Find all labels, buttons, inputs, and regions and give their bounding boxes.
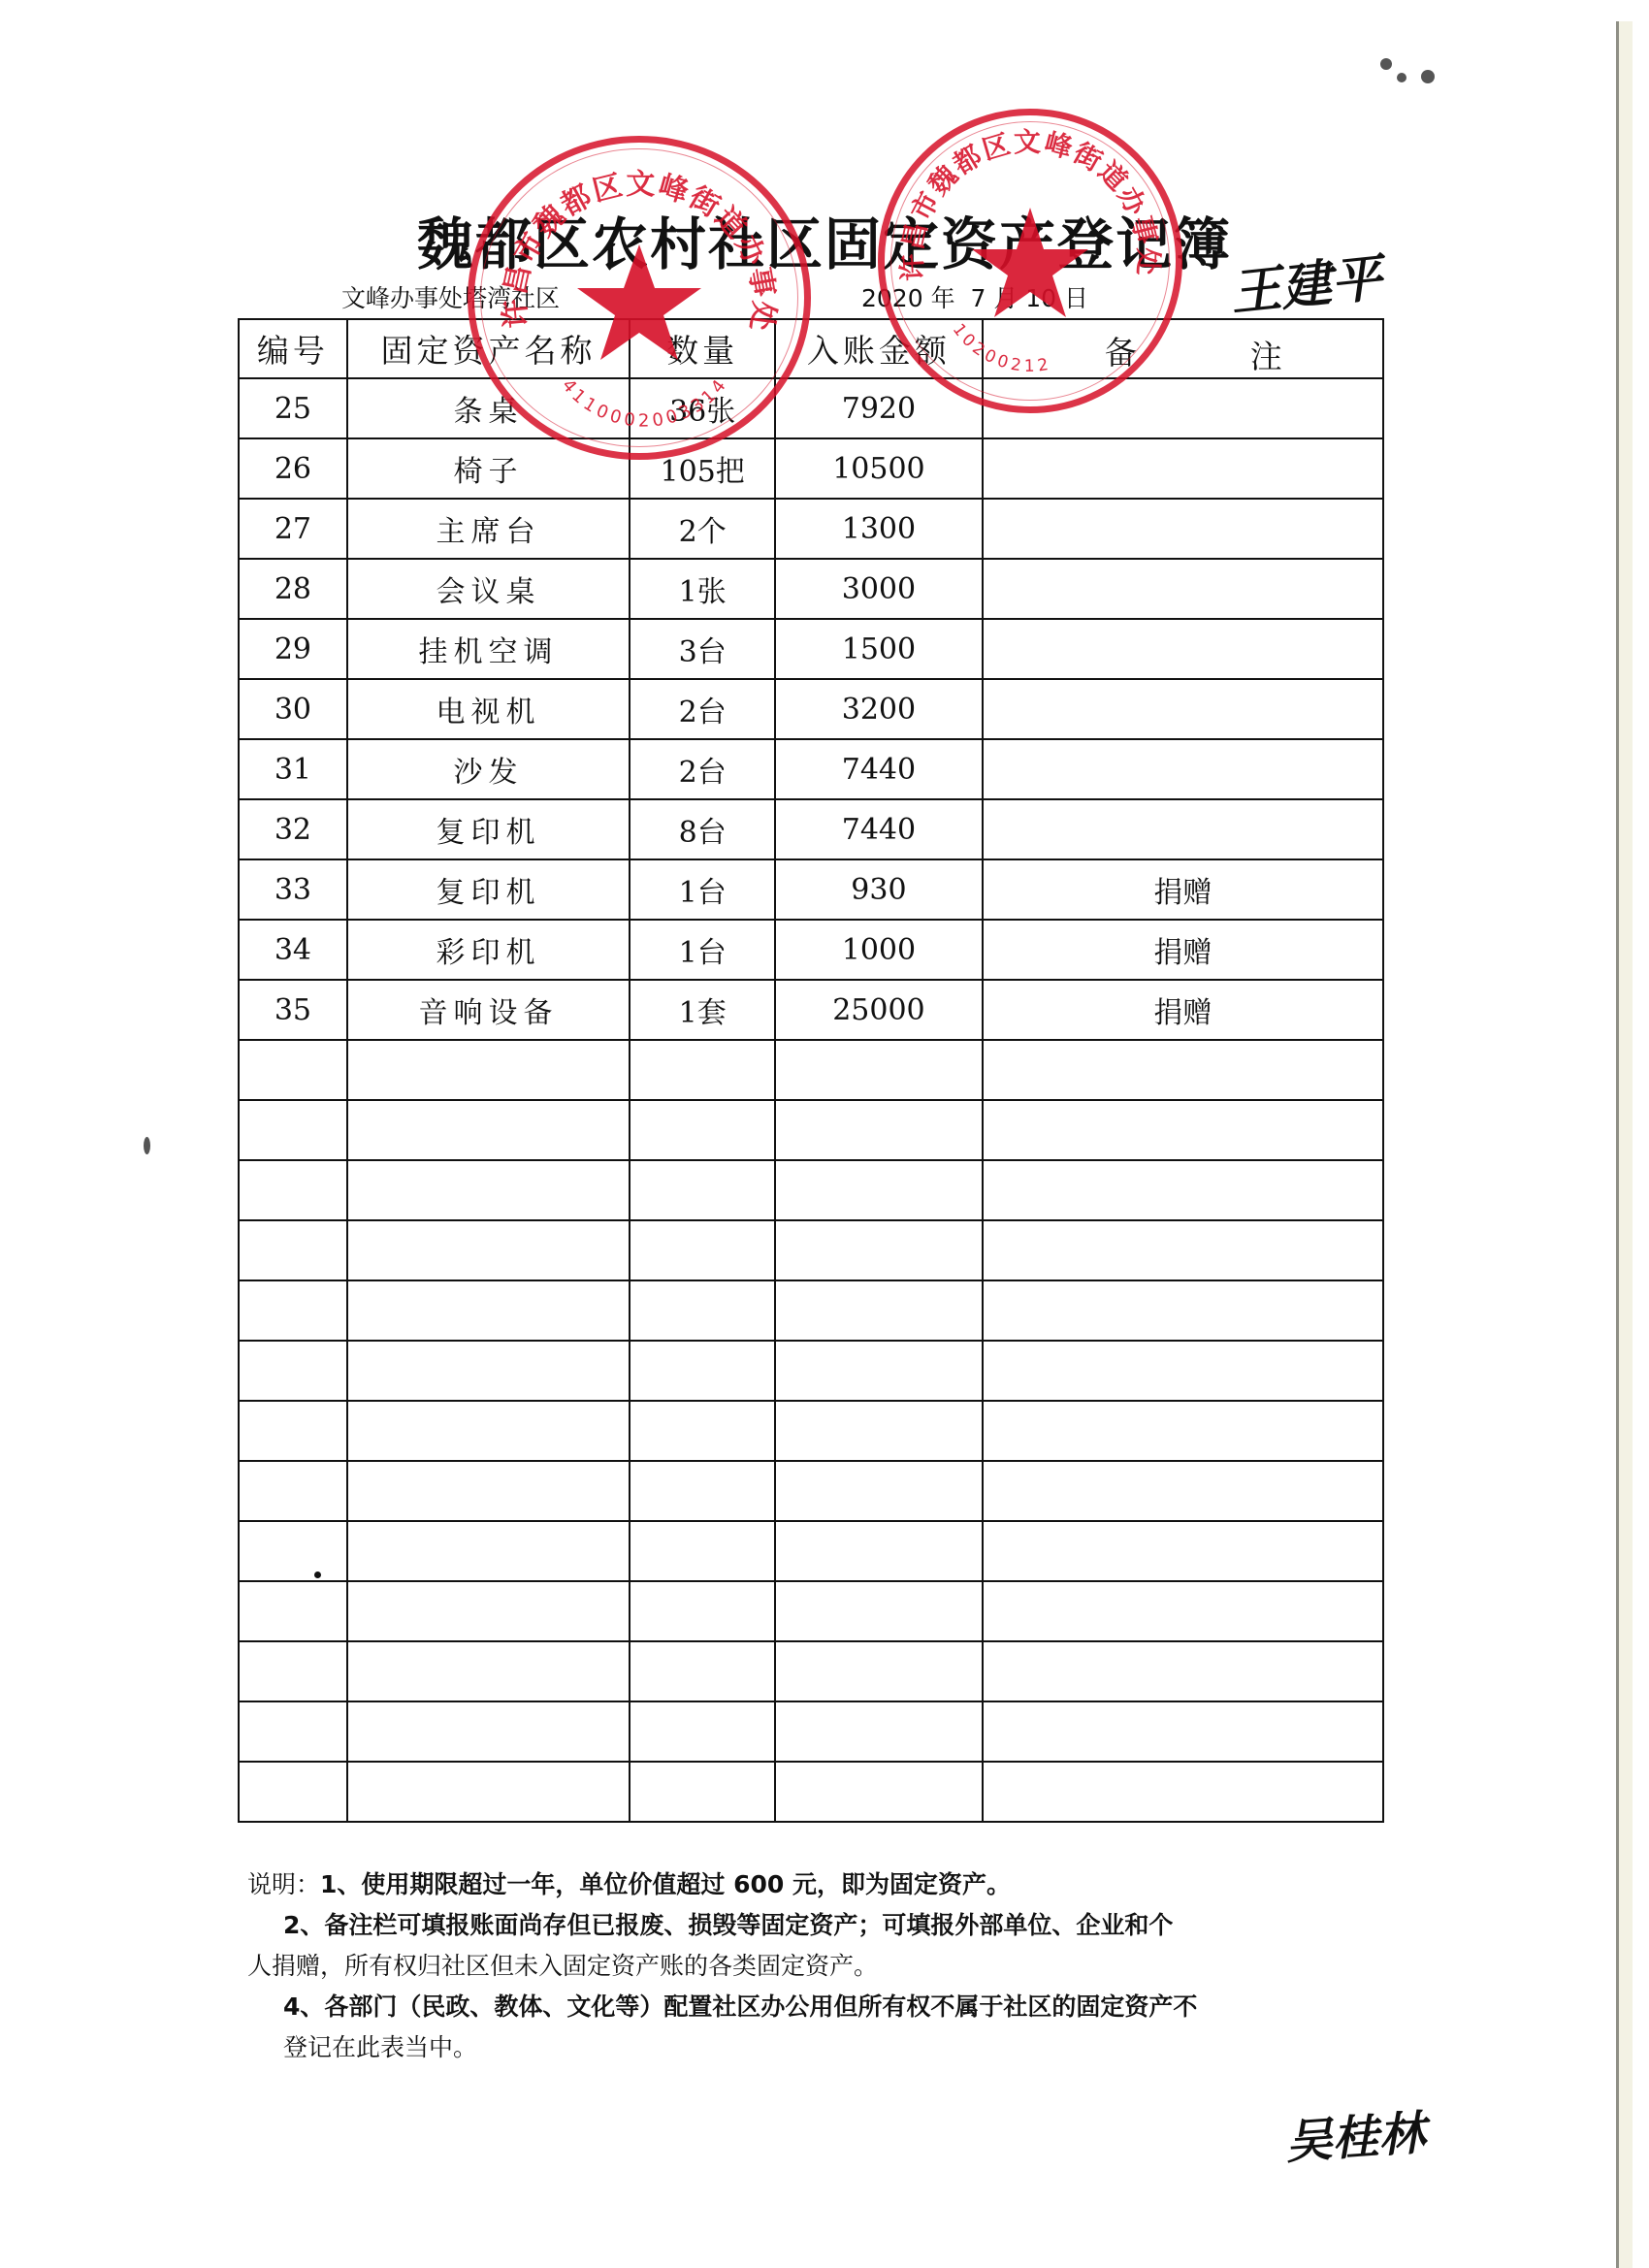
row-amount: 7440: [775, 739, 983, 799]
row-amount: 10500: [775, 438, 983, 499]
empty-cell: [630, 1762, 775, 1822]
row-remarks: 捐赠: [983, 859, 1383, 920]
empty-cell: [239, 1160, 347, 1220]
table-body: 25条桌36张792026椅子105把1050027主席台2个130028会议桌…: [239, 378, 1383, 1822]
note-4-line-1: 4、各部门（民政、教体、文化等）配置社区办公用但所有权不属于社区的固定资产不: [247, 1987, 1392, 2027]
empty-table-row: [239, 1521, 1383, 1581]
empty-cell: [775, 1040, 983, 1100]
header-remarks: 备 注: [983, 319, 1383, 378]
row-id: 29: [239, 619, 347, 679]
header-remarks-char-1: 备: [1105, 328, 1141, 373]
table-row: 28会议桌1张3000: [239, 559, 1383, 619]
table-row: 32复印机8台7440: [239, 799, 1383, 859]
row-remarks: [983, 438, 1383, 499]
empty-cell: [239, 1100, 347, 1160]
row-asset-name: 复印机: [347, 859, 630, 920]
row-amount: 1000: [775, 920, 983, 980]
row-id: 35: [239, 980, 347, 1040]
empty-table-row: [239, 1341, 1383, 1401]
scan-edge-line: [1616, 21, 1619, 2268]
empty-cell: [983, 1220, 1383, 1280]
empty-cell: [347, 1461, 630, 1521]
empty-cell: [775, 1641, 983, 1701]
row-id: 27: [239, 499, 347, 559]
row-quantity: 1张: [630, 559, 775, 619]
row-quantity: 1台: [630, 920, 775, 980]
empty-cell: [347, 1160, 630, 1220]
empty-table-row: [239, 1581, 1383, 1641]
note-1: 说明：1、使用期限超过一年，单位价值超过 600 元，即为固定资产。: [247, 1864, 1392, 1905]
row-id: 28: [239, 559, 347, 619]
table-row: 26椅子105把10500: [239, 438, 1383, 499]
row-id: 30: [239, 679, 347, 739]
empty-cell: [983, 1100, 1383, 1160]
empty-cell: [239, 1220, 347, 1280]
empty-cell: [775, 1220, 983, 1280]
table-row: 35音响设备1套25000捐赠: [239, 980, 1383, 1040]
empty-cell: [983, 1581, 1383, 1641]
empty-cell: [630, 1581, 775, 1641]
empty-cell: [983, 1160, 1383, 1220]
scan-speck: [1397, 73, 1406, 82]
table-row: 33复印机1台930捐赠: [239, 859, 1383, 920]
empty-cell: [630, 1701, 775, 1762]
empty-cell: [630, 1160, 775, 1220]
empty-cell: [347, 1040, 630, 1100]
empty-cell: [775, 1521, 983, 1581]
row-quantity: 3台: [630, 619, 775, 679]
empty-cell: [239, 1762, 347, 1822]
empty-cell: [239, 1341, 347, 1401]
note-2-line-1: 2、备注栏可填报账面尚存但已报废、损毁等固定资产；可填报外部单位、企业和个: [247, 1905, 1392, 1946]
row-asset-name: 音响设备: [347, 980, 630, 1040]
row-remarks: [983, 559, 1383, 619]
row-remarks: [983, 619, 1383, 679]
header-id: 编号: [239, 319, 347, 378]
empty-cell: [983, 1401, 1383, 1461]
row-remarks: 捐赠: [983, 920, 1383, 980]
empty-table-row: [239, 1040, 1383, 1100]
empty-cell: [775, 1280, 983, 1341]
row-amount: 3200: [775, 679, 983, 739]
empty-table-row: [239, 1401, 1383, 1461]
row-remarks: [983, 679, 1383, 739]
empty-table-row: [239, 1220, 1383, 1280]
empty-cell: [630, 1280, 775, 1341]
empty-cell: [983, 1280, 1383, 1341]
row-asset-name: 复印机: [347, 799, 630, 859]
empty-cell: [983, 1461, 1383, 1521]
empty-cell: [983, 1040, 1383, 1100]
empty-cell: [239, 1040, 347, 1100]
empty-cell: [775, 1401, 983, 1461]
empty-table-row: [239, 1100, 1383, 1160]
table-row: 31沙发2台7440: [239, 739, 1383, 799]
header-remarks-char-2: 注: [1250, 332, 1286, 377]
empty-cell: [347, 1280, 630, 1341]
empty-cell: [630, 1341, 775, 1401]
row-amount: 3000: [775, 559, 983, 619]
header-amount: 入账金额: [775, 319, 983, 378]
empty-cell: [983, 1701, 1383, 1762]
row-asset-name: 彩印机: [347, 920, 630, 980]
signature-top: 王建平: [1227, 237, 1385, 325]
empty-table-row: [239, 1280, 1383, 1341]
empty-table-row: [239, 1762, 1383, 1822]
header-quantity: 数量: [630, 319, 775, 378]
document-title: 魏都区农村社区固定资产登记簿: [398, 199, 1251, 280]
table-row: 29挂机空调3台1500: [239, 619, 1383, 679]
row-amount: 930: [775, 859, 983, 920]
row-remarks: [983, 499, 1383, 559]
empty-cell: [775, 1762, 983, 1822]
empty-cell: [630, 1641, 775, 1701]
document-date: 2020 年 7 月 10 日: [861, 279, 1088, 314]
empty-cell: [347, 1581, 630, 1641]
empty-cell: [630, 1401, 775, 1461]
empty-cell: [347, 1701, 630, 1762]
empty-cell: [983, 1762, 1383, 1822]
row-id: 25: [239, 378, 347, 438]
row-amount: 1300: [775, 499, 983, 559]
empty-table-row: [239, 1641, 1383, 1701]
row-amount: 1500: [775, 619, 983, 679]
empty-cell: [775, 1100, 983, 1160]
table-row: 27主席台2个1300: [239, 499, 1383, 559]
note-4-line-2: 登记在此表当中。: [247, 2027, 1392, 2068]
empty-cell: [347, 1220, 630, 1280]
table-header-row: 编号 固定资产名称 数量 入账金额 备 注: [239, 319, 1383, 378]
scan-speck: [1421, 70, 1435, 83]
row-asset-name: 挂机空调: [347, 619, 630, 679]
notes-section: 说明：1、使用期限超过一年，单位价值超过 600 元，即为固定资产。 2、备注栏…: [247, 1864, 1392, 2068]
scan-edge-shade: [1619, 21, 1633, 2268]
asset-ledger-table: 编号 固定资产名称 数量 入账金额 备 注 25条桌36张792026椅子105…: [238, 318, 1384, 1823]
row-remarks: [983, 378, 1383, 438]
row-quantity: 2台: [630, 679, 775, 739]
row-quantity: 2个: [630, 499, 775, 559]
empty-table-row: [239, 1461, 1383, 1521]
empty-cell: [347, 1100, 630, 1160]
row-quantity: 1套: [630, 980, 775, 1040]
empty-cell: [775, 1581, 983, 1641]
row-remarks: [983, 799, 1383, 859]
empty-cell: [347, 1401, 630, 1461]
empty-cell: [347, 1341, 630, 1401]
table-row: 30电视机2台3200: [239, 679, 1383, 739]
empty-cell: [239, 1701, 347, 1762]
empty-table-row: [239, 1160, 1383, 1220]
empty-cell: [239, 1280, 347, 1341]
empty-cell: [630, 1100, 775, 1160]
row-id: 32: [239, 799, 347, 859]
empty-cell: [239, 1461, 347, 1521]
empty-cell: [630, 1220, 775, 1280]
empty-cell: [239, 1581, 347, 1641]
header-name: 固定资产名称: [347, 319, 630, 378]
empty-cell: [239, 1521, 347, 1581]
row-quantity: 36张: [630, 378, 775, 438]
row-remarks: 捐赠: [983, 980, 1383, 1040]
note-2-line-2: 人捐赠，所有权归社区但未入固定资产账的各类固定资产。: [247, 1946, 1392, 1987]
row-id: 33: [239, 859, 347, 920]
empty-cell: [239, 1641, 347, 1701]
note-1-text: 1、使用期限超过一年，单位价值超过 600 元，即为固定资产。: [320, 1870, 1011, 1898]
row-quantity: 8台: [630, 799, 775, 859]
empty-cell: [347, 1641, 630, 1701]
row-amount: 7920: [775, 378, 983, 438]
row-amount: 7440: [775, 799, 983, 859]
row-id: 34: [239, 920, 347, 980]
empty-cell: [239, 1401, 347, 1461]
row-quantity: 2台: [630, 739, 775, 799]
row-quantity: 105把: [630, 438, 775, 499]
empty-cell: [630, 1040, 775, 1100]
row-asset-name: 主席台: [347, 499, 630, 559]
row-asset-name: 会议桌: [347, 559, 630, 619]
row-asset-name: 电视机: [347, 679, 630, 739]
empty-cell: [983, 1341, 1383, 1401]
empty-cell: [983, 1641, 1383, 1701]
empty-cell: [630, 1461, 775, 1521]
row-amount: 25000: [775, 980, 983, 1040]
table-row: 34彩印机1台1000捐赠: [239, 920, 1383, 980]
row-asset-name: 椅子: [347, 438, 630, 499]
empty-table-row: [239, 1701, 1383, 1762]
empty-cell: [775, 1461, 983, 1521]
row-asset-name: 沙发: [347, 739, 630, 799]
empty-cell: [347, 1521, 630, 1581]
empty-cell: [983, 1521, 1383, 1581]
signature-bottom: 吴桂林: [1283, 2095, 1427, 2172]
empty-cell: [775, 1160, 983, 1220]
row-asset-name: 条桌: [347, 378, 630, 438]
row-remarks: [983, 739, 1383, 799]
empty-cell: [775, 1341, 983, 1401]
row-id: 26: [239, 438, 347, 499]
community-name: 文峰办事处塔湾社区: [341, 279, 560, 314]
row-quantity: 1台: [630, 859, 775, 920]
row-id: 31: [239, 739, 347, 799]
note-label: 说明：: [247, 1870, 320, 1898]
empty-cell: [630, 1521, 775, 1581]
empty-cell: [775, 1701, 983, 1762]
table-row: 25条桌36张7920: [239, 378, 1383, 438]
scan-speck: [144, 1137, 150, 1154]
scan-speck: [1380, 58, 1392, 70]
empty-cell: [347, 1762, 630, 1822]
